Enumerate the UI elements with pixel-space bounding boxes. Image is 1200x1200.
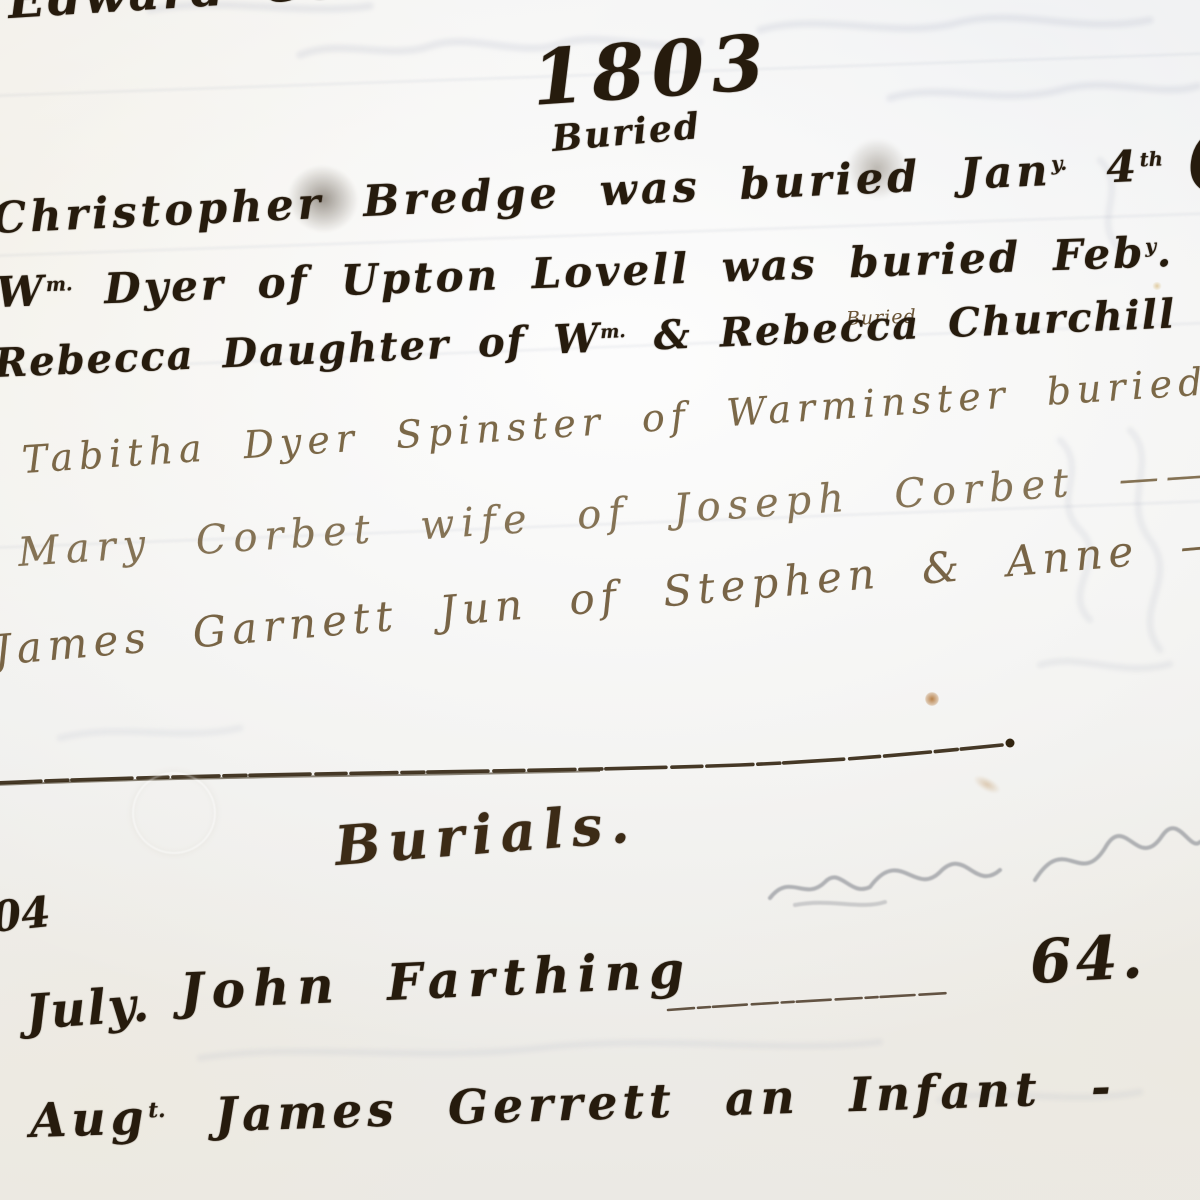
pencil-showthrough-scrawl xyxy=(770,828,1200,905)
ink-text-segment: . 6 xyxy=(1156,225,1200,277)
embossed-ring-mark xyxy=(132,772,216,854)
entry-july-month: July. xyxy=(24,976,153,1041)
year-heading: 1803 xyxy=(529,17,774,122)
superscript-text: y. xyxy=(1051,152,1068,176)
superscript-text: m. xyxy=(600,321,626,343)
year-partial-left: 04 xyxy=(0,887,53,942)
entry-dash-line xyxy=(668,993,948,1010)
ink-text-segment: Aug xyxy=(29,1090,149,1149)
superscript-text: th xyxy=(1139,147,1163,171)
register-page: Edward Goddard W 1803 Buried Christopher… xyxy=(0,0,1200,1200)
yellow-speck xyxy=(1152,282,1162,290)
superscript-text: y xyxy=(1145,235,1157,257)
entry-july-age: 64. xyxy=(1028,922,1148,998)
superscript-text: m. xyxy=(46,273,73,296)
superscript-text: t. xyxy=(148,1097,166,1123)
rust-stain xyxy=(925,692,939,706)
ink-text-segment: W xyxy=(0,266,47,317)
ink-text-segment: 4 xyxy=(1066,142,1141,195)
